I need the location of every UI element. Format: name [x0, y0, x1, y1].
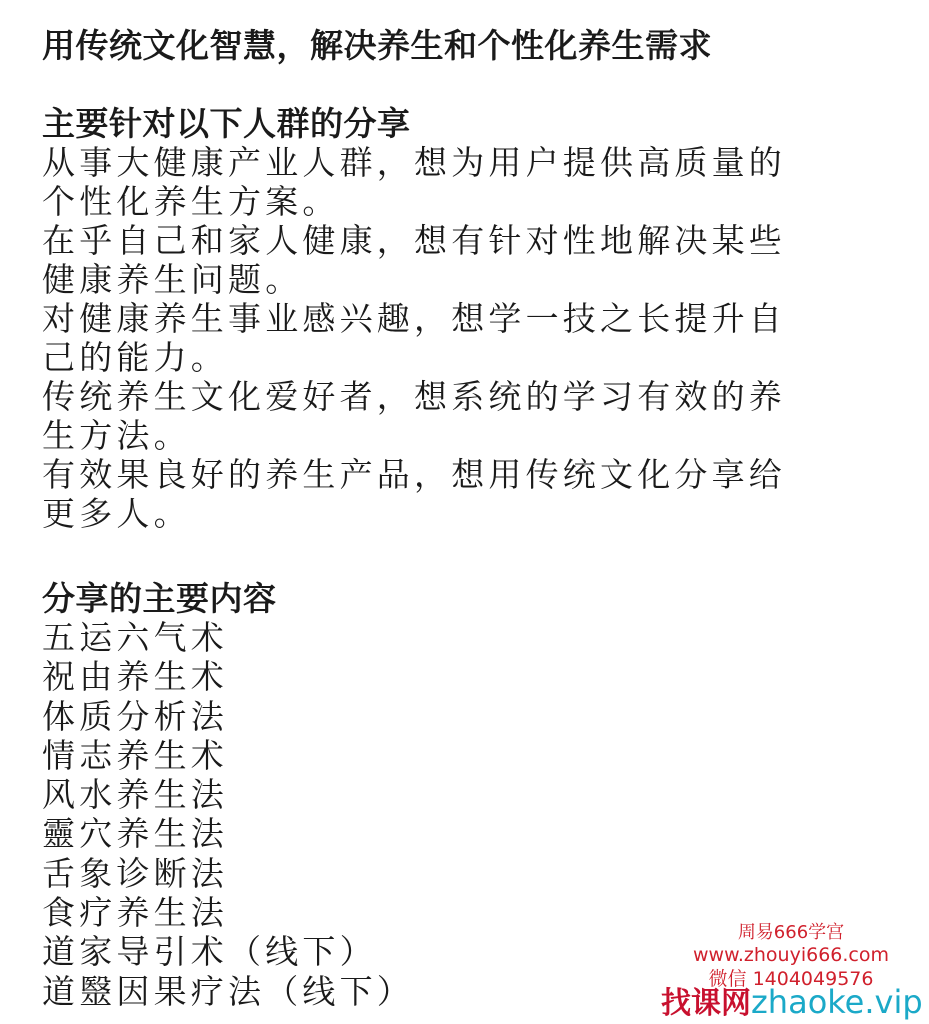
list-item: 五运六气术: [42, 618, 414, 657]
paragraph-line: 在乎自己和家人健康，想有针对性地解决某些: [42, 221, 786, 260]
list-item: 靈穴养生法: [42, 814, 414, 853]
paragraph-line: 健康养生问题。: [42, 260, 786, 299]
paragraph-line: 从事大健康产业人群，想为用户提供高质量的: [42, 143, 786, 182]
document-title: 用传统文化智慧，解决养生和个性化养生需求: [42, 26, 712, 66]
section-target-audience: 主要针对以下人群的分享 从事大健康产业人群，想为用户提供高质量的 个性化养生方案…: [42, 105, 786, 533]
section-heading: 分享的主要内容: [42, 580, 414, 618]
list-item: 道家导引术（线下）: [42, 932, 414, 971]
paragraph-line: 有效果良好的养生产品，想用传统文化分享给: [42, 455, 786, 494]
paragraph-line: 更多人。: [42, 494, 786, 533]
watermark-logo-cn: 找课网: [661, 986, 751, 1021]
list-item: 食疗养生法: [42, 893, 414, 932]
list-item: 道毉因果疗法（线下）: [42, 972, 414, 1011]
paragraph-line: 个性化养生方案。: [42, 182, 786, 221]
section-heading: 主要针对以下人群的分享: [42, 105, 786, 143]
watermark-logo-en: zhaoke.vip: [751, 983, 923, 1021]
paragraph-line: 传统养生文化爱好者，想系统的学习有效的养: [42, 377, 786, 416]
watermark: 周易666学宫 www.zhouyi666.com 微信 1404049576 …: [661, 914, 921, 1024]
list-item: 体质分析法: [42, 697, 414, 736]
list-item: 祝由养生术: [42, 657, 414, 696]
list-item: 风水养生法: [42, 775, 414, 814]
section-main-content: 分享的主要内容 五运六气术 祝由养生术 体质分析法 情志养生术 风水养生法 靈穴…: [42, 580, 414, 1011]
watermark-url: www.zhouyi666.com: [661, 944, 921, 966]
paragraph-line: 己的能力。: [42, 338, 786, 377]
watermark-logo: 找课网zhaoke.vip: [661, 978, 921, 1022]
paragraph-line: 生方法。: [42, 416, 786, 455]
paragraph-line: 对健康养生事业感兴趣，想学一技之长提升自: [42, 299, 786, 338]
list-item: 舌象诊断法: [42, 854, 414, 893]
list-item: 情志养生术: [42, 736, 414, 775]
watermark-brand-line: 周易666学宫: [661, 922, 921, 944]
